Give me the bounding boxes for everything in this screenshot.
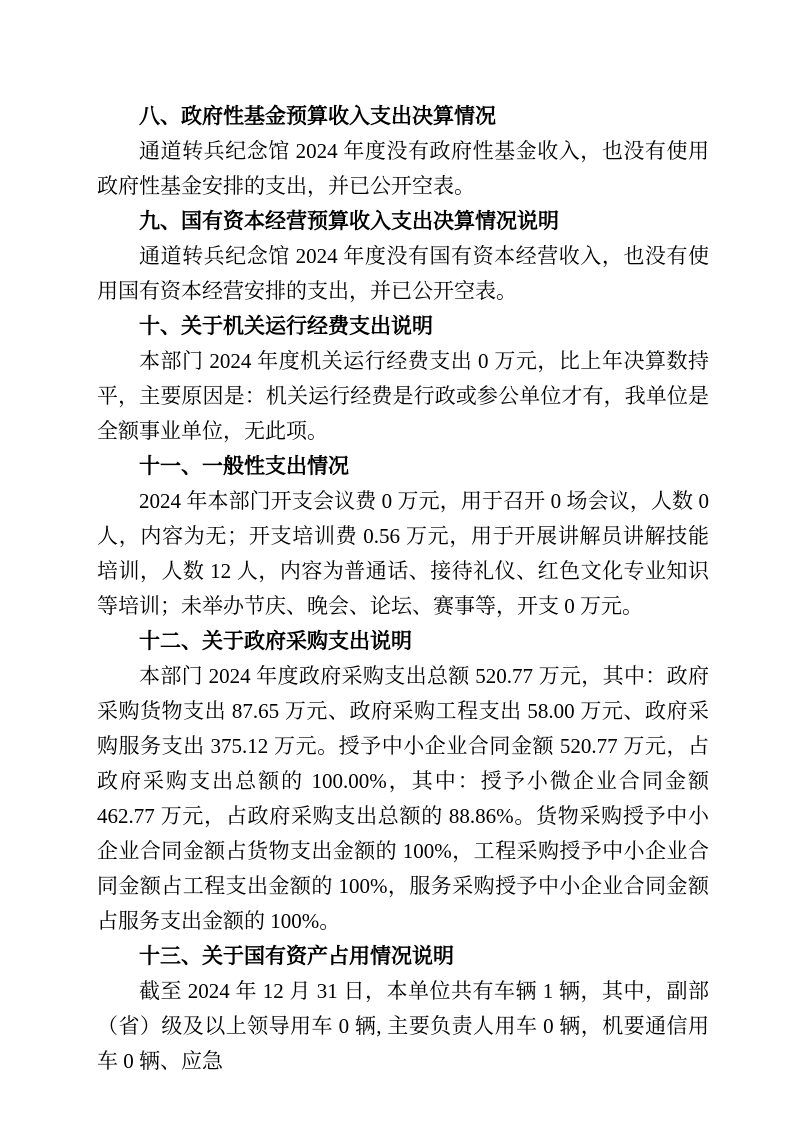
section-heading: 九、国有资本经营预算收入支出决算情况说明 xyxy=(97,204,709,239)
section-paragraph: 通道转兵纪念馆 2024 年度没有政府性基金收入，也没有使用政府性基金安排的支出… xyxy=(97,134,709,204)
section-paragraph: 截至 2024 年 12 月 31 日，本单位共有车辆 1 辆，其中，副部（省）… xyxy=(97,974,709,1079)
section-agency-operating-expense: 十、关于机关运行经费支出说明 本部门 2024 年度机关运行经费支出 0 万元，… xyxy=(97,309,709,449)
section-state-capital-budget: 九、国有资本经营预算收入支出决算情况说明 通道转兵纪念馆 2024 年度没有国有… xyxy=(97,204,709,309)
section-government-procurement: 十二、关于政府采购支出说明 本部门 2024 年度政府采购支出总额 520.77… xyxy=(97,624,709,939)
section-heading: 十一、一般性支出情况 xyxy=(97,449,709,484)
section-paragraph: 本部门 2024 年度机关运行经费支出 0 万元，比上年决算数持平，主要原因是：… xyxy=(97,344,709,449)
section-government-fund-budget: 八、政府性基金预算收入支出决算情况 通道转兵纪念馆 2024 年度没有政府性基金… xyxy=(97,99,709,204)
section-paragraph: 本部门 2024 年度政府采购支出总额 520.77 万元，其中：政府采购货物支… xyxy=(97,659,709,939)
section-state-asset-occupancy: 十三、关于国有资产占用情况说明 截至 2024 年 12 月 31 日，本单位共… xyxy=(97,939,709,1079)
section-heading: 十三、关于国有资产占用情况说明 xyxy=(97,939,709,974)
section-heading: 十二、关于政府采购支出说明 xyxy=(97,624,709,659)
document-content: 八、政府性基金预算收入支出决算情况 通道转兵纪念馆 2024 年度没有政府性基金… xyxy=(97,99,709,1079)
document-page: 八、政府性基金预算收入支出决算情况 通道转兵纪念馆 2024 年度没有政府性基金… xyxy=(0,0,793,1122)
section-paragraph: 通道转兵纪念馆 2024 年度没有国有资本经营收入，也没有使用国有资本经营安排的… xyxy=(97,239,709,309)
section-heading: 八、政府性基金预算收入支出决算情况 xyxy=(97,99,709,134)
section-heading: 十、关于机关运行经费支出说明 xyxy=(97,309,709,344)
section-general-expenditure: 十一、一般性支出情况 2024 年本部门开支会议费 0 万元，用于召开 0 场会… xyxy=(97,449,709,624)
section-paragraph: 2024 年本部门开支会议费 0 万元，用于召开 0 场会议，人数 0 人，内容… xyxy=(97,484,709,624)
